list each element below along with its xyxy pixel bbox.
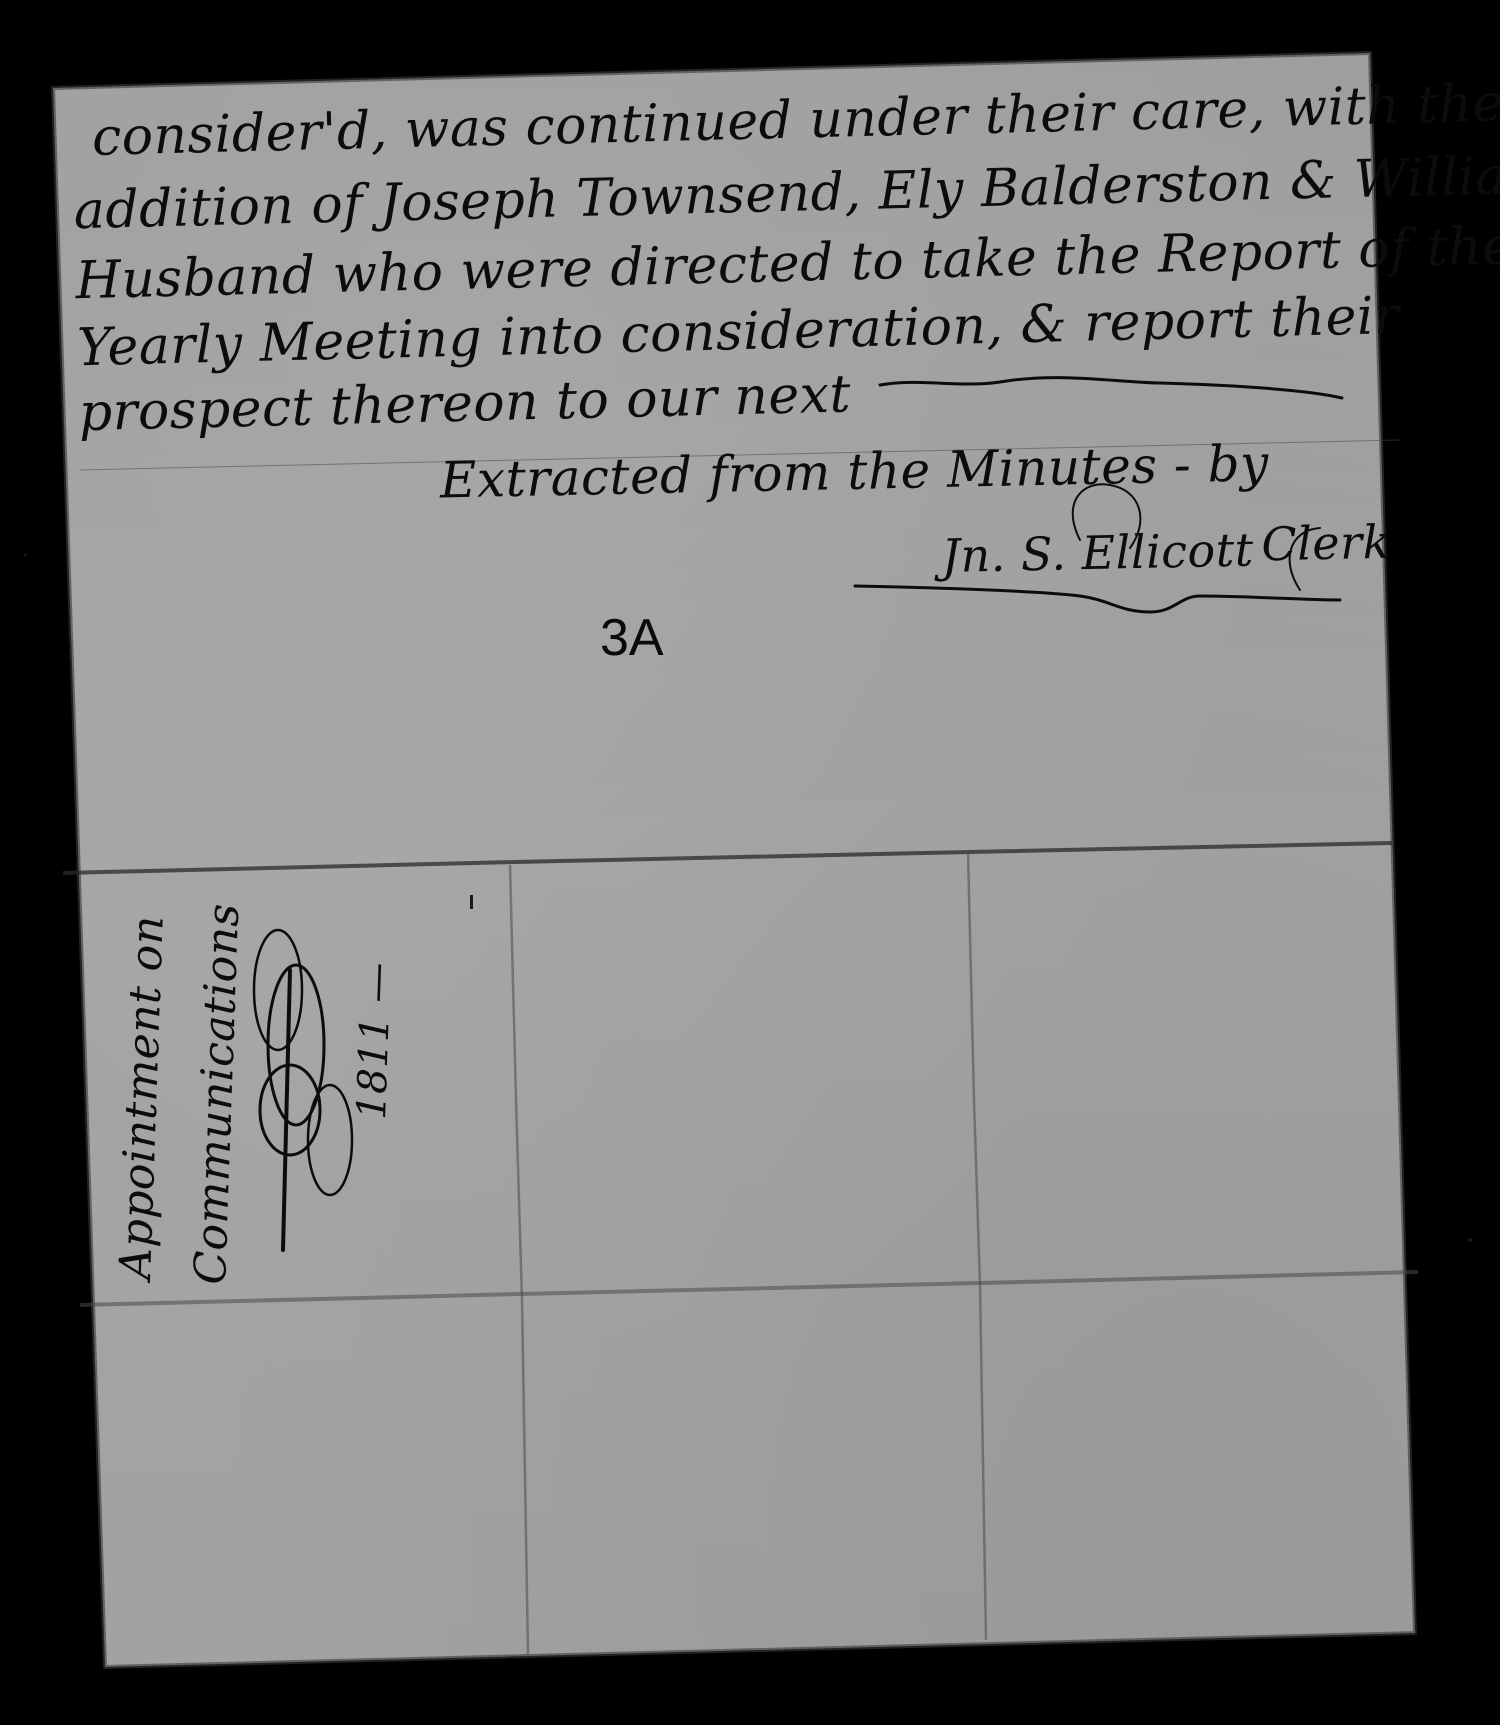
manuscript-page (0, 0, 1500, 1725)
document-viewer: consider'd, was continued under their ca… (0, 0, 1500, 1725)
